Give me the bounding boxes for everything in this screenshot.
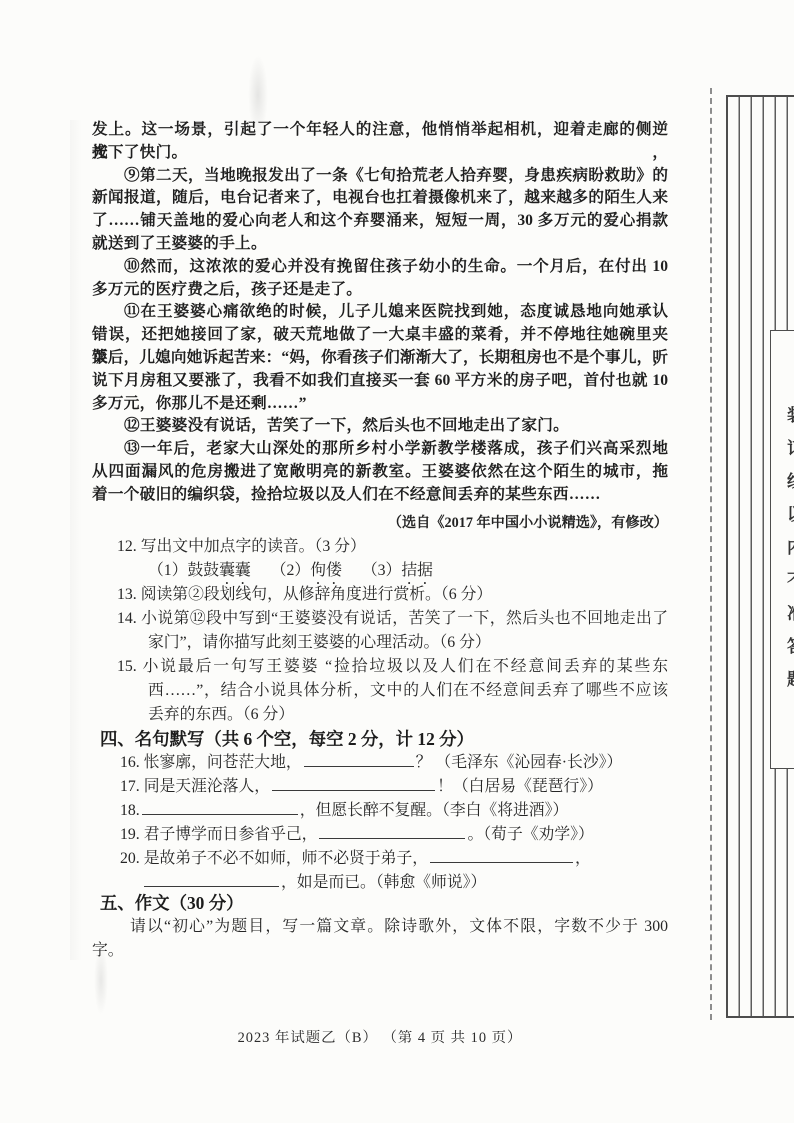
q12-item-2: （2） [271, 562, 311, 579]
essay-line: 从四面漏风的危房搬进了宽敞明亮的新教室。王婆婆依然在这个陌生的城市，拖 [92, 461, 668, 484]
answer-blank [142, 811, 298, 815]
question-18: 18.，但愿长醉不复醒。（李白《将进酒》） [92, 799, 668, 823]
answer-blank [144, 883, 279, 887]
scanned-exam-page: { "page": { "footer": "2023 年试题乙（B） （第 4… [0, 0, 794, 1123]
question-20: 20. 是故弟子不必不如师，师不必贤于弟子，， [92, 847, 668, 871]
question-13: 13. 阅读第②段划线句，从修辞角度进行赏析。（6 分） [92, 583, 668, 607]
essay-line: ⑫王婆婆没有说话，苦笑了一下，然后头也不回地走出了家门。 [92, 415, 668, 438]
essay-line: 发上。这一场景，引起了一个年轻人的注意，他悄悄举起相机，迎着走廊的侧逆光， [92, 119, 668, 142]
question-15-cont: 西……”，结合小说具体分析，文中的人们在不经意间丢弃了哪些不应该 [92, 679, 668, 703]
q16-text: 16. 怅寥廓，问苍茫大地， [120, 754, 302, 771]
q17-text: 17. 同是天涯沦落人， [120, 778, 270, 795]
q12-dotted-word-3: 拮据 [401, 562, 433, 579]
question-15-cont: 丢弃的东西。（6 分） [92, 703, 668, 727]
q19-text: 19. 君子博学而日参省乎己， [120, 826, 317, 843]
essay-line: 了……铺天盖地的爱心向老人和这个弃婴涌来，短短一周，30 多万元的爱心捐款 [92, 210, 668, 233]
essay-line: ⑩然而，这浓浓的爱心并没有挽留住孩子幼小的生命。一个月后，在付出 10 [92, 256, 668, 279]
question-19: 19. 君子博学而日参省乎己，。（荀子《劝学》） [92, 823, 668, 847]
question-16: 16. 怅寥廓，问苍茫大地，？ （毛泽东《沁园春·长沙》） [92, 751, 668, 775]
essay-line: ⑪在王婆婆心痛欲绝的时候，儿子儿媳来医院找到她，态度诚恳地向她承认 [92, 301, 668, 324]
reading-passage: 发上。这一场景，引起了一个年轻人的注意，他悄悄举起相机，迎着走廊的侧逆光， 按下… [92, 119, 668, 534]
question-section: 12. 写出文中加点字的读音。（3 分） （1）鼓鼓囊囊（2）佝偻（3）拮据 1… [92, 535, 668, 963]
q19-source: 。（荀子《劝学》） [467, 826, 593, 843]
question-14: 14. 小说第⑫段中写到“王婆婆没有说话，苦笑了一下，然后头也不回地走出了 [92, 607, 668, 631]
binding-perforation-line [710, 88, 712, 1020]
essay-line: ⑬一年后，老家大山深处的那所乡村小学新教学楼落成，孩子们兴高采烈地 [92, 438, 668, 461]
q12-item-3: （3） [362, 562, 402, 579]
answer-blank [319, 835, 465, 839]
essay-line: 新闻报道，随后，电台记者来了，电视台也扛着摄像机来了，越来越多的陌生人来 [92, 187, 668, 210]
question-12-items: （1）鼓鼓囊囊（2）佝偻（3）拮据 [92, 559, 668, 583]
q16-source: ？ （毛泽东《沁园春·长沙》） [416, 754, 623, 771]
question-15: 15. 小说最后一句写王婆婆 “捡拾垃圾以及人们在不经意间丢弃的某些东 [92, 655, 668, 679]
q18-source: ，但愿长醉不复醒。（李白《将进酒》） [300, 802, 569, 819]
q20-comma: ， [575, 850, 591, 867]
essay-line: 多万元，你那儿不是还剩……” [92, 393, 668, 416]
q20-text: 20. 是故弟子不必不如师，师不必贤于弟子， [120, 850, 428, 867]
binding-margin-text: 装订线以内不准答题 [781, 406, 794, 716]
q12-item-1: （1）鼓鼓 [148, 562, 219, 579]
essay-prompt-cont: 字。 [92, 939, 668, 963]
question-17: 17. 同是天涯沦落人，！（白居易《琵琶行》） [92, 775, 668, 799]
q18-text: 18. [120, 802, 140, 819]
q20-source: ，如是而已。（韩愈《师说》） [281, 874, 486, 891]
essay-line: 饭后，儿媳向她诉起苦来：“妈，你看孩子们渐渐大了，长期租房也不是个事儿，听 [92, 347, 668, 370]
answer-blank [430, 859, 573, 863]
essay-line: 着一个破旧的编织袋，捡拾垃圾以及人们在不经意间丢弃的某些东西…… [92, 484, 668, 507]
section-4-header: 四、名句默写（共 6 个空，每空 2 分，计 12 分） [92, 727, 668, 751]
answer-blank [304, 763, 414, 767]
question-14-cont: 家门”，请你描写此刻王婆婆的心理活动。（6 分） [92, 631, 668, 655]
page-footer: 2023 年试题乙（B） （第 4 页 共 10 页） [92, 1026, 668, 1047]
essay-line: 错误，还把她接回了家，破天荒地做了一大桌丰盛的菜肴，并不停地往她碗里夹菜， [92, 324, 668, 347]
essay-line: 说下月房租又要涨了，我看不如我们直接买一套 60 平方米的房子吧，首付也就 10 [92, 370, 668, 393]
essay-line: ⑨第二天，当地晚报发出了一条《七旬拾荒老人拾弃婴，身患疾病盼救助》的 [92, 165, 668, 188]
q12-dotted-word-1: 囊囊 [219, 562, 251, 579]
essay-prompt: 请以“初心”为题目，写一篇文章。除诗歌外，文体不限，字数不少于 300 [92, 915, 668, 939]
scan-smudge [70, 120, 82, 960]
answer-blank [272, 787, 435, 791]
essay-line: 多万元的医疗费之后，孩子还是走了。 [92, 279, 668, 302]
source-attribution: （选自《2017 年中国小小说精选》，有修改） [92, 512, 668, 534]
essay-line: 就送到了王婆婆的手上。 [92, 233, 668, 256]
q12-dotted-word-2: 佝偻 [310, 562, 342, 579]
q17-source: ！（白居易《琵琶行》） [437, 778, 603, 795]
question-12: 12. 写出文中加点字的读音。（3 分） [92, 535, 668, 559]
